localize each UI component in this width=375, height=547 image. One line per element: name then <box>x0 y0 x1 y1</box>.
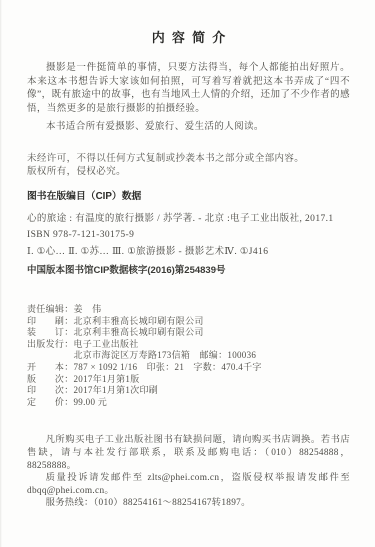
publication-info: 责任编辑：姜 伟 印 刷：北京利丰雅高长城印刷有限公司 装 订：北京利丰雅高长城… <box>27 304 350 408</box>
intro-paragraph: 摄影是一件挺简单的事情，只要方法得当，每个人都能拍出好照片。本来这本书想告诉大家… <box>27 62 350 116</box>
publication-line-printing: 印 次：2017年1月第1次印刷 <box>27 385 350 397</box>
copyright-line: 版权所有，侵权必究。 <box>27 166 350 180</box>
publication-line-address: 北京市海淀区万寿路173信箱 邮编：100036 <box>27 350 350 362</box>
intro-paragraph: 本书适合所有爱摄影、爱旅行、爱生活的人阅读。 <box>27 121 350 135</box>
publication-line-price: 定 价：99.00 元 <box>27 397 350 409</box>
cip-classification-line: Ⅰ. ①心… Ⅱ. ①苏… Ⅲ. ①旅游摄影 - 摄影艺术Ⅳ. ①J416 <box>27 246 350 260</box>
publication-line-edition: 版 次：2017年1月第1版 <box>27 374 350 386</box>
publication-line-publisher: 出版发行：电子工业出版社 <box>27 339 350 351</box>
cip-isbn-line: ISBN 978-7-121-30175-9 <box>27 229 350 243</box>
copyright-notice: 未经许可，不得以任何方式复制或抄袭本书之部分或全部内容。 版权所有，侵权必究。 <box>27 153 350 180</box>
cip-title-line: 心的旅途 : 有温度的旅行摄影 / 苏学著. - 北京 :电子工业出版社, 20… <box>27 213 350 227</box>
publication-line-editor: 责任编辑：姜 伟 <box>27 304 350 316</box>
purchase-service-notice: 凡所购买电子工业出版社图书有缺损问题，请向购买书店调换。若书店售缺，请与本社发行… <box>27 434 350 510</box>
publication-line-binder: 装 订：北京利丰雅高长城印刷有限公司 <box>27 327 350 339</box>
footer-paragraph: 服务热线：（010）88254161～88254167转1897。 <box>27 497 350 510</box>
book-copyright-page: 内容简介 摄影是一件挺简单的事情，只要方法得当，每个人都能拍出好照片。本来这本书… <box>0 0 375 547</box>
content-summary-section: 摄影是一件挺简单的事情，只要方法得当，每个人都能拍出好照片。本来这本书想告诉大家… <box>27 62 350 135</box>
footer-paragraph: 凡所购买电子工业出版社图书有缺损问题，请向购买书店调换。若书店售缺，请与本社发行… <box>27 434 350 472</box>
footer-paragraph: 质量投诉请发邮件至 zlts@phei.com.cn，盗版侵权举报请发邮件至db… <box>27 472 350 497</box>
publication-line-format: 开 本：787 × 1092 1/16 印张：21 字数：470.4千字 <box>27 362 350 374</box>
cip-data-block: 图书在版编目（CIP）数据 心的旅途 : 有温度的旅行摄影 / 苏学著. - 北… <box>27 190 350 279</box>
copyright-line: 未经许可，不得以任何方式复制或抄袭本书之部分或全部内容。 <box>27 153 350 167</box>
cip-record-number: 中国版本图书馆CIP数据核字(2016)第254839号 <box>27 264 350 278</box>
publication-line-printer: 印 刷：北京利丰雅高长城印刷有限公司 <box>27 316 350 328</box>
cip-heading: 图书在版编目（CIP）数据 <box>27 190 350 204</box>
page-title: 内容简介 <box>27 30 350 46</box>
